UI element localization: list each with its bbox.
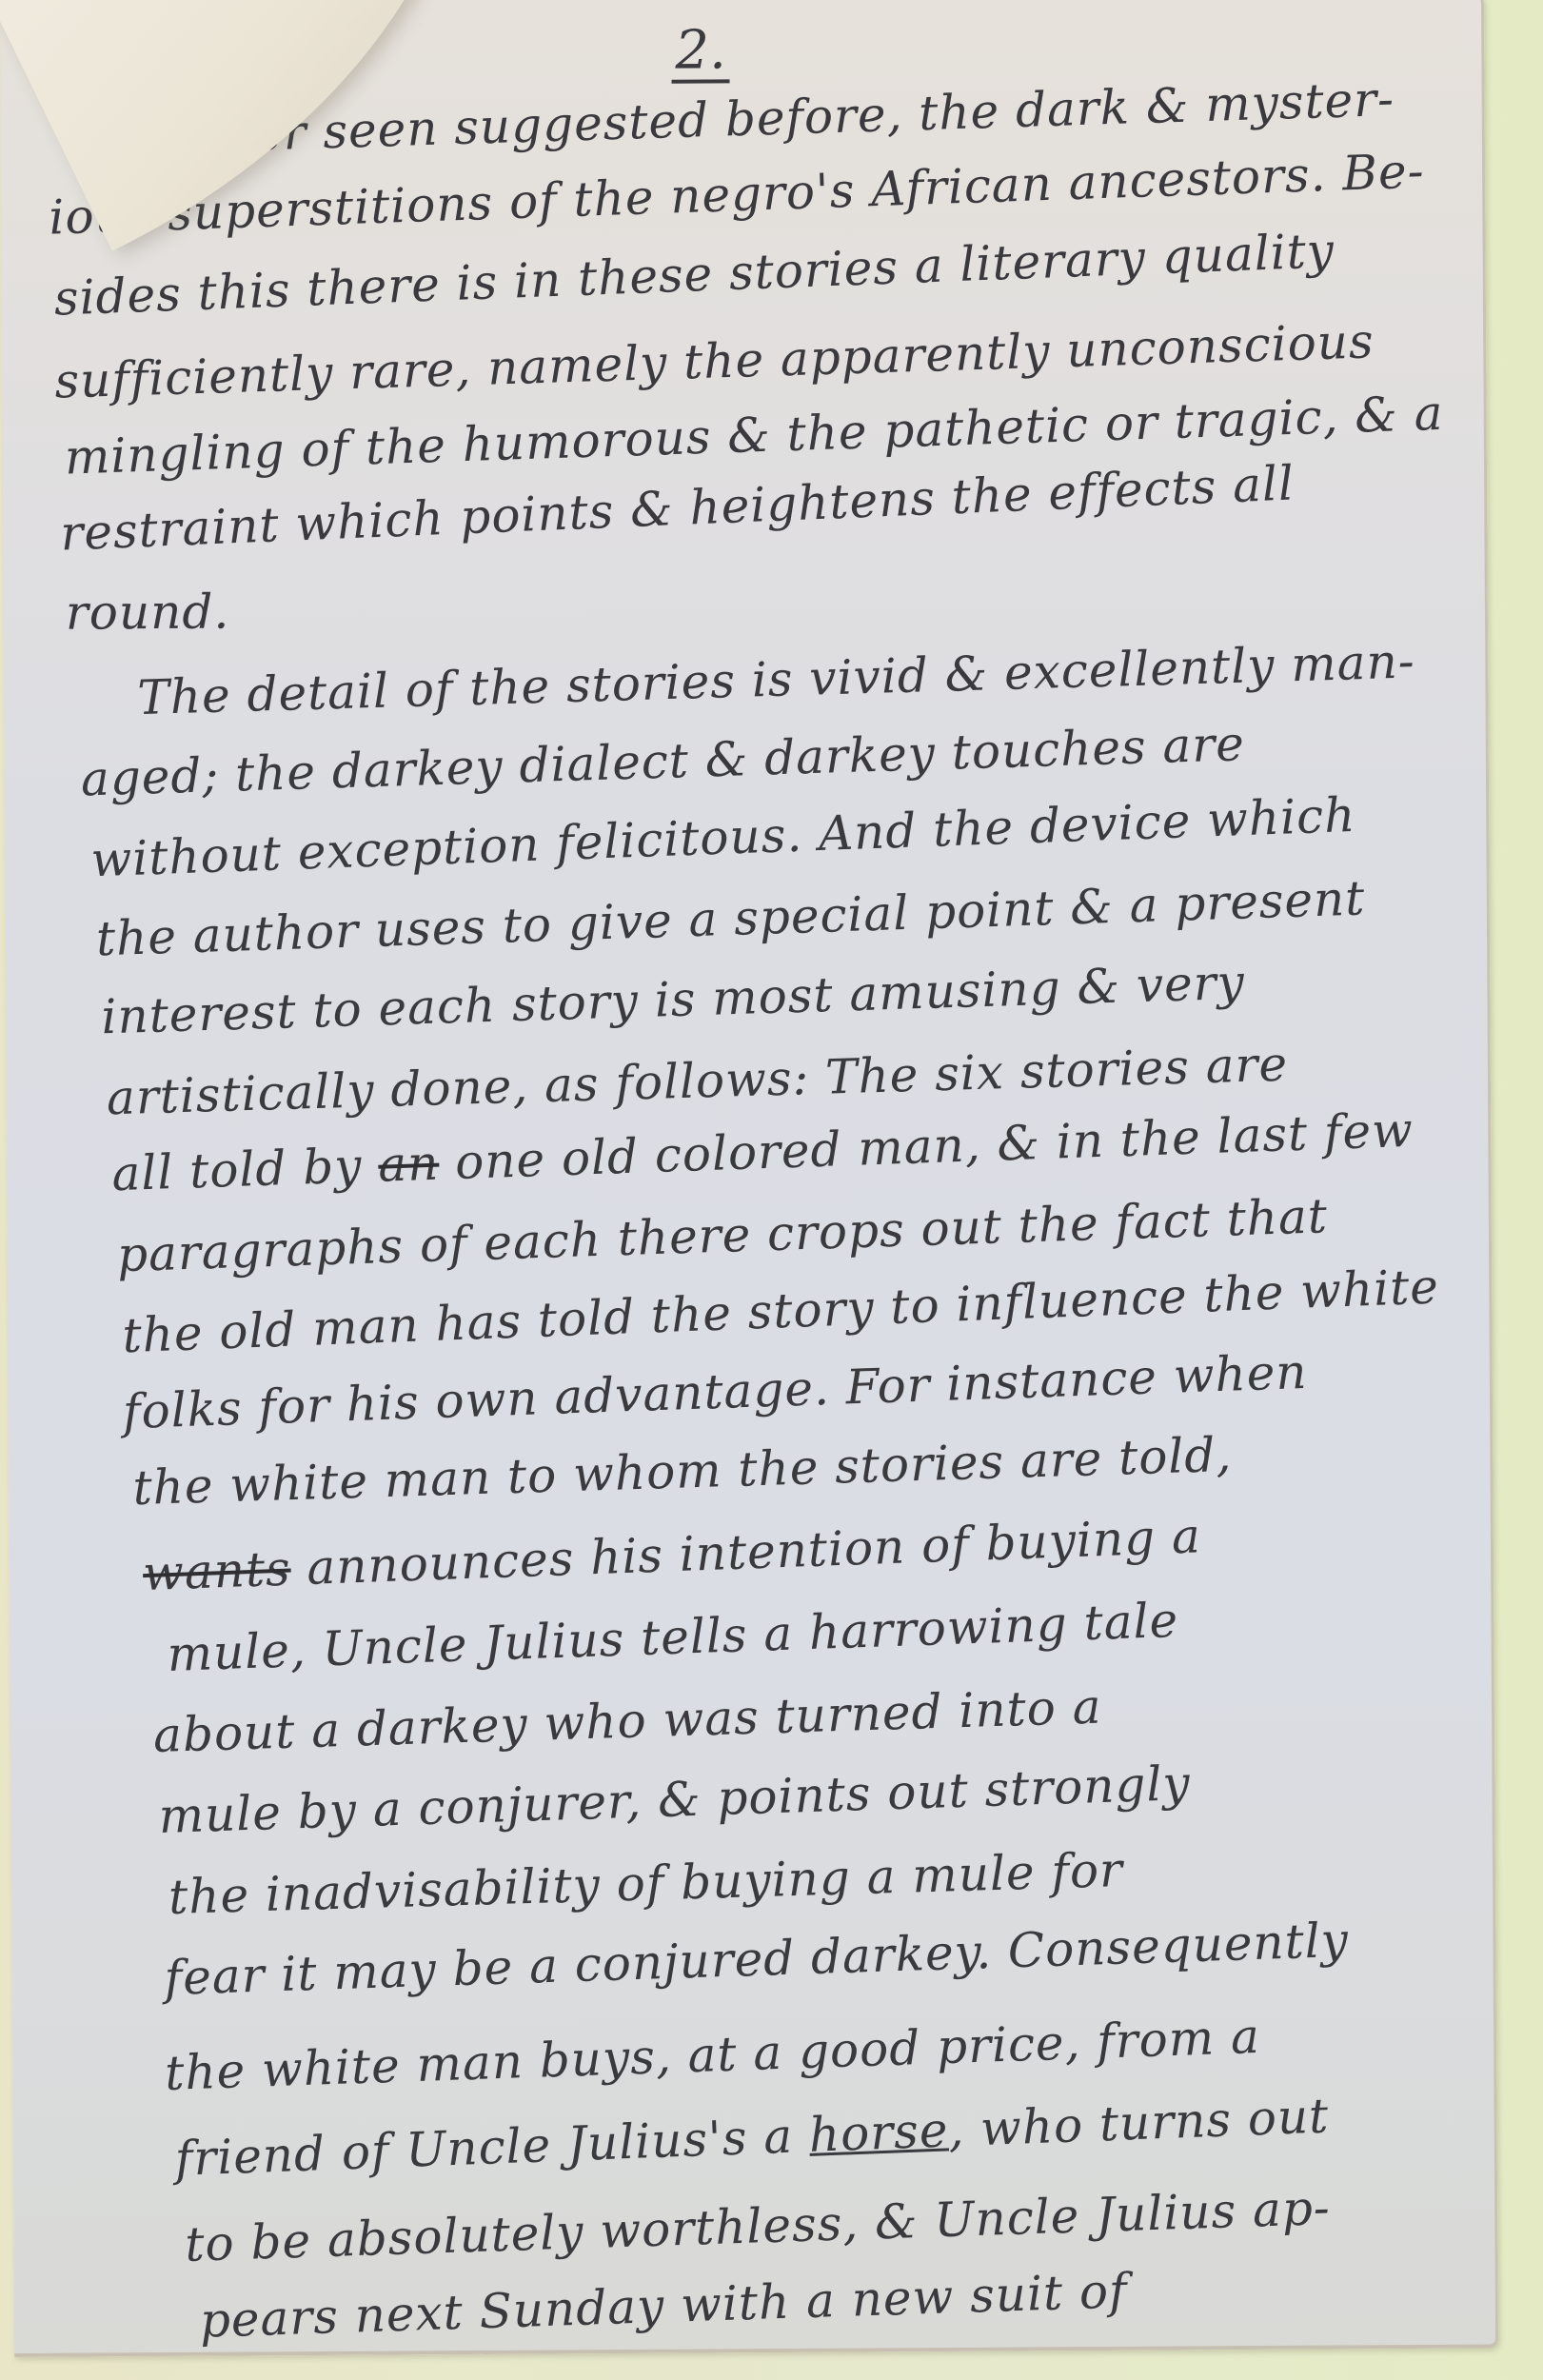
- text-line: pears next Sunday with a new suit of: [199, 2263, 1128, 2348]
- text-fragment: all told by: [111, 1138, 380, 1201]
- text-line: the inadvisability of buying a mule for: [168, 1842, 1123, 1925]
- text-line: folks for his own advantage. For instanc…: [122, 1344, 1308, 1439]
- text-line: the white man buys, at a good price, fro…: [164, 2009, 1260, 2101]
- text-line: aged; the darkey dialect & darkey touche…: [80, 716, 1245, 806]
- text-line: without exception felicitous. And the de…: [89, 787, 1356, 888]
- text-line: wants announces his intention of buying …: [142, 1508, 1202, 1601]
- text-fragment: friend of Uncle Julius's a: [174, 2108, 810, 2187]
- text-line: mule by a conjurer, & points out strongl…: [158, 1755, 1192, 1844]
- text-line: The detail of the stories is vivid & exc…: [137, 633, 1416, 725]
- manuscript-page: 2. are never seen suggested before, the …: [0, 0, 1498, 2357]
- text-fragment: , who turns out: [947, 2088, 1330, 2157]
- struck-out-word: an: [377, 1136, 440, 1193]
- text-line: interest to each story is most amusing &…: [101, 955, 1246, 1045]
- struck-out-word: wants: [142, 1541, 292, 1602]
- text-fragment: one old colored man, & in the last few: [438, 1102, 1414, 1191]
- text-fragment: announces his intention of buying a: [290, 1508, 1202, 1596]
- underlined-word: horse: [808, 2102, 950, 2162]
- text-line: to be absolutely worthless, & Uncle Juli…: [184, 2180, 1331, 2272]
- text-line: mule, Uncle Julius tells a harrowing tal…: [167, 1593, 1179, 1682]
- text-line: the author uses to give a special point …: [95, 870, 1366, 966]
- handwritten-text-body: are never seen suggested before, the dar…: [0, 0, 1495, 2353]
- text-line: round.: [66, 585, 230, 641]
- text-line: the white man to whom the stories are to…: [132, 1427, 1233, 1516]
- text-line: about a darkey who was turned into a: [152, 1679, 1102, 1763]
- text-line: paragraphs of each there crops out the f…: [116, 1188, 1329, 1282]
- text-line: fear it may be a conjured darkey. Conseq…: [164, 1913, 1350, 2006]
- text-line: friend of Uncle Julius's a horse, who tu…: [174, 2088, 1330, 2186]
